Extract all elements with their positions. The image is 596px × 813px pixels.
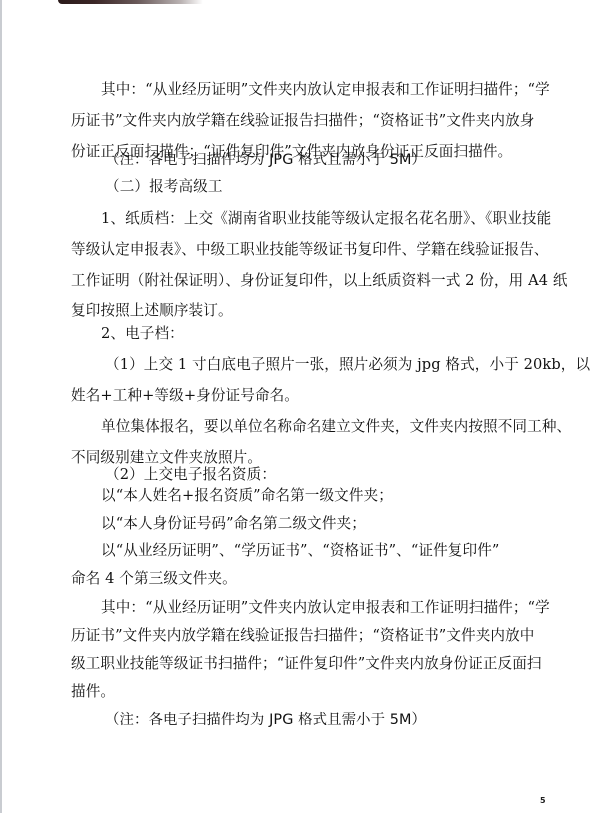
paragraph-line: 姓名+工种+等级+身份证号命名。 xyxy=(71,387,299,405)
page-left-edge xyxy=(0,0,2,813)
paragraph-line: 不同级别建立文件夹放照片。 xyxy=(71,449,262,467)
paragraph-line: 复印按照上述顺序装订。 xyxy=(71,302,233,320)
paragraph-line: 历证书”文件夹内放学籍在线验证报告扫描件；“资格证书”文件夹内放身 xyxy=(71,112,535,130)
paragraph-line: 等级认定申报表》、中级工职业技能等级证书复印件、学籍在线验证报告、 xyxy=(71,241,549,259)
paragraph-line: 描件。 xyxy=(71,683,115,701)
paragraph-line: 命名 4 个第三级文件夹。 xyxy=(71,570,237,588)
paragraph-line: （1）上交 1 寸白底电子照片一张，照片必须为 jpg 格式，小于 20kb，以 xyxy=(105,356,590,374)
note-line: （注：各电子扫描件均为 JPG 格式且需小于 5M） xyxy=(105,711,426,729)
paragraph-line: 级工职业技能等级证书扫描件；“证件复印件”文件夹内放身份证正反面扫 xyxy=(71,655,542,673)
paragraph-line: 其中：“从业经历证明”文件夹内放认定申报表和工作证明扫描件；“学 xyxy=(101,81,550,99)
paragraph-line: 历证书”文件夹内放学籍在线验证报告扫描件；“资格证书”文件夹内放中 xyxy=(71,627,535,645)
scan-artifact xyxy=(58,0,203,4)
paragraph-line: 以“本人身份证号码”命名第二级文件夹； xyxy=(101,515,366,533)
paragraph-line: 以“本人姓名+报名资质”命名第一级文件夹； xyxy=(101,487,393,505)
paragraph-line: 2、电子档： xyxy=(101,325,184,343)
note-line: （注：各电子扫描件均为 JPG 格式且需小于 5M） xyxy=(105,151,426,169)
paragraph-line: 单位集体报名，要以单位名称命名建立文件夹，文件夹内按照不同工种、 xyxy=(101,418,571,436)
paragraph-line: （2）上交电子报名资质： xyxy=(105,466,276,484)
paragraph-line: 以“从业经历证明”、“学历证书”、“资格证书”、“证件复印件” xyxy=(101,542,499,560)
section-heading: （二）报考高级工 xyxy=(105,178,223,196)
page-number: 5 xyxy=(540,796,546,805)
paragraph-line: 工作证明（附社保证明）、身份证复印件，以上纸质资料一式 2 份，用 A4 纸 xyxy=(71,272,568,290)
paragraph-line: 其中：“从业经历证明”文件夹内放认定申报表和工作证明扫描件；“学 xyxy=(101,599,550,617)
paragraph-line: 1、纸质档：上交《湖南省职业技能等级认定报名花名册》、《职业技能 xyxy=(101,210,551,228)
